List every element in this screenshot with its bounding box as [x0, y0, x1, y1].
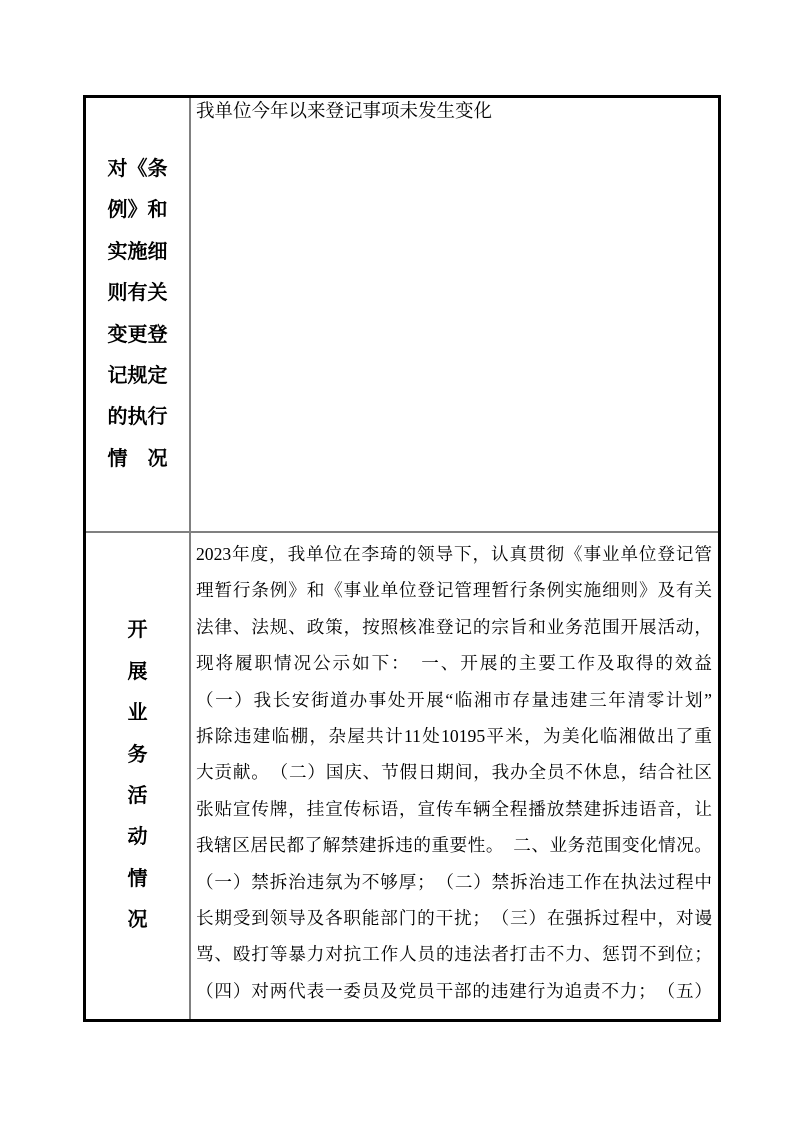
row-header-line: 开: [128, 610, 148, 651]
row-header-line: 则有关: [108, 273, 168, 314]
row-header-line: 对《条: [108, 149, 168, 190]
content-line: 我辖区居民都了解禁建拆违的重要性。 二、业务范围变化情况。: [196, 827, 712, 863]
content-line: 现将履职情况公示如下： 一、开展的主要工作及取得的效益: [196, 645, 712, 681]
row-header-line: 活: [128, 776, 148, 817]
content-line: （一）我长安街道办事处开展“临湘市存量违建三年清零计划”: [196, 682, 712, 718]
content-line: 大贡献。 （二）国庆、节假日期间，我办全员不休息，结合社区: [196, 754, 712, 790]
content-line: 骂、殴打等暴力对抗工作人员的违法者打击不力、惩罚不到位；: [196, 936, 712, 972]
row-header-line: 动: [128, 817, 148, 858]
row-header-line: 实施细: [108, 232, 168, 273]
row-header-business-activity: 开 展 业 务 活 动 情 况: [86, 533, 191, 1019]
row-header-line: 情: [128, 859, 148, 900]
row-content-change-registration: 我单位今年以来登记事项未发生变化: [191, 98, 718, 531]
registration-report-table: 对《条 例》和 实施细 则有关 变更登 记规定 的执行 情 况 我单位今年以来登…: [83, 95, 721, 1022]
row-content-business-activity: 2023年度，我单位在李琦的领导下，认真贯彻《事业单位登记管 理暂行条例》和《事…: [191, 533, 718, 1019]
table-row-business-activity: 开 展 业 务 活 动 情 况 2023年度，我单位在李琦的领导下，认真贯彻《事…: [86, 533, 718, 1019]
row-header-line: 记规定: [108, 356, 168, 397]
row-header-line: 的执行: [108, 397, 168, 438]
content-line: 张贴宣传牌，挂宣传标语，宣传车辆全程播放禁建拆违语音，让: [196, 791, 712, 827]
content-line: 2023年度，我单位在李琦的领导下，认真贯彻《事业单位登记管: [196, 536, 712, 572]
row-header-change-registration: 对《条 例》和 实施细 则有关 变更登 记规定 的执行 情 况: [86, 98, 191, 531]
table-row-change-registration: 对《条 例》和 实施细 则有关 变更登 记规定 的执行 情 况 我单位今年以来登…: [86, 98, 718, 533]
content-line: （一）禁拆治违氛为不够厚； （二）禁拆治违工作在执法过程中: [196, 864, 712, 900]
row-header-line: 变更登: [108, 315, 168, 356]
content-line: 拆除违建临棚，杂屋共计11处10195平米，为美化临湘做出了重: [196, 718, 712, 754]
row-header-line: 例》和: [108, 190, 168, 231]
content-line: （四）对两代表一委员及党员干部的违建行为追责不力； （五）: [196, 973, 712, 1009]
content-line: 长期受到领导及各职能部门的干扰； （三）在强拆过程中，对谩: [196, 900, 712, 936]
row-header-line: 展: [128, 652, 148, 693]
content-line: 我单位今年以来登记事项未发生变化: [196, 98, 712, 126]
row-header-line: 况: [128, 900, 148, 941]
document-page: { "page": { "background": "#ffffff", "te…: [0, 0, 794, 1122]
content-line: 法律、法规、政策，按照核准登记的宗旨和业务范围开展活动，: [196, 609, 712, 645]
content-line: 理暂行条例》和《事业单位登记管理暂行条例实施细则》及有关: [196, 572, 712, 608]
row-header-line: 业: [128, 693, 148, 734]
row-header-line: 情 况: [108, 439, 168, 480]
row-header-line: 务: [128, 735, 148, 776]
